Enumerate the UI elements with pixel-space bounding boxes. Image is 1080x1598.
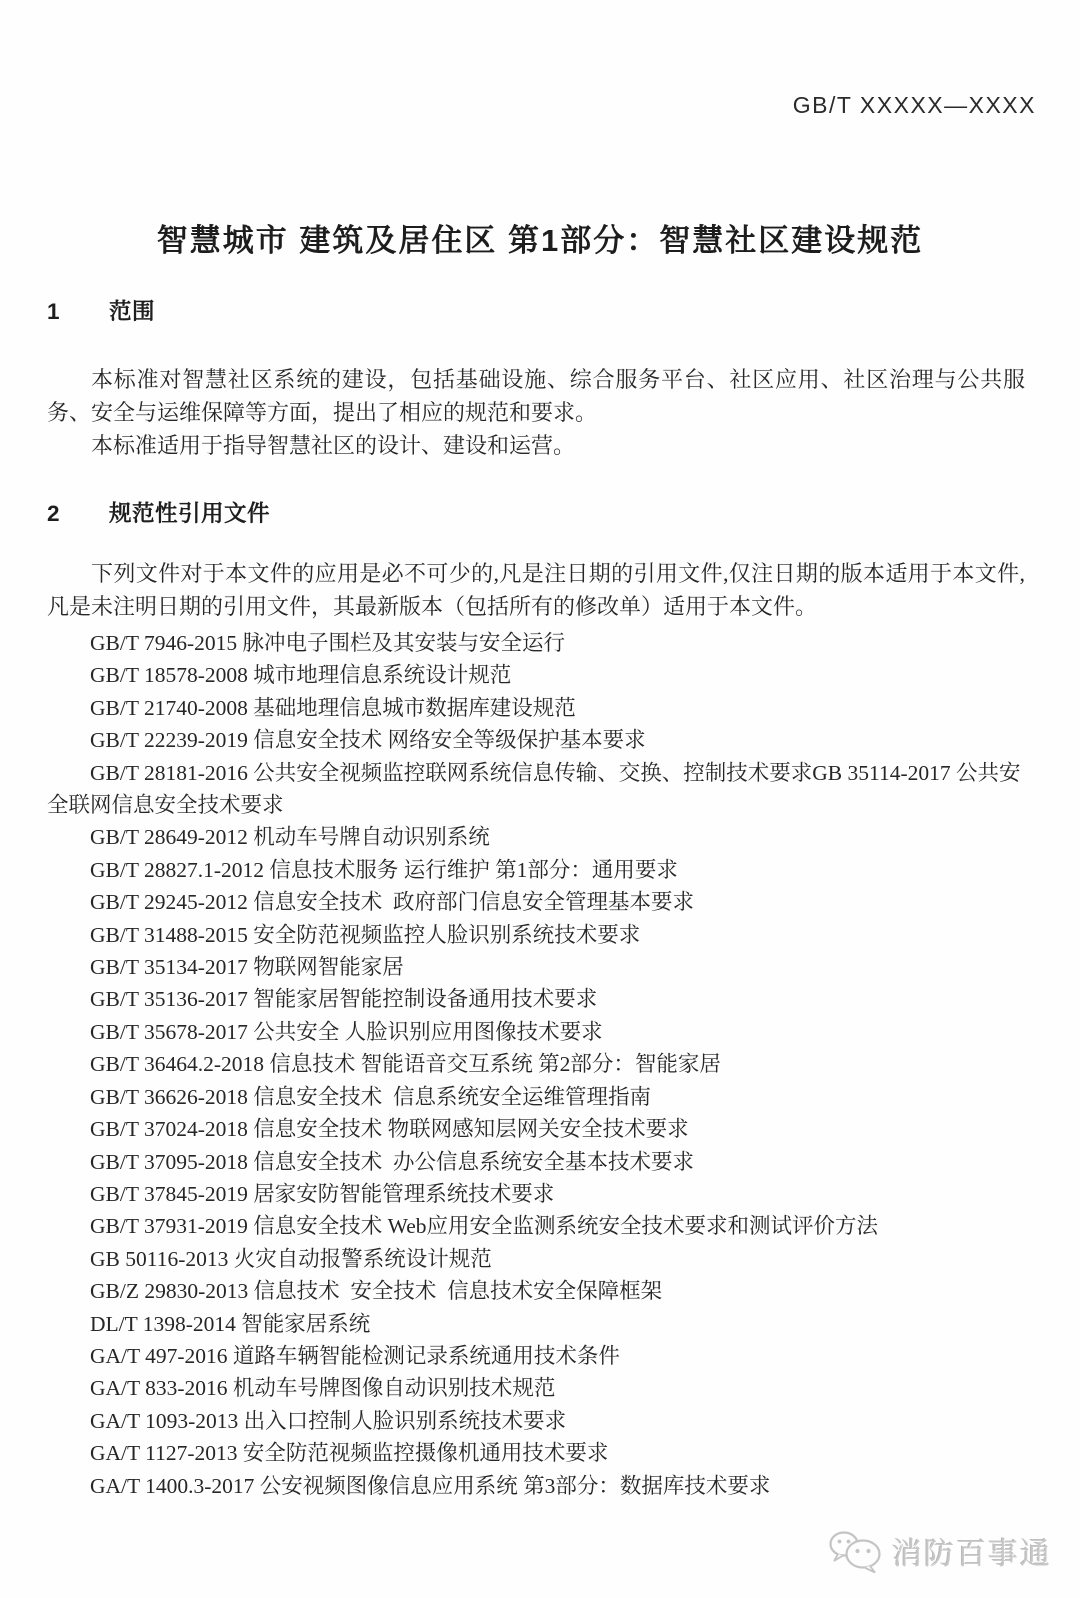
doc-code: GB/T XXXXX—XXXX <box>793 92 1036 119</box>
references-intro: 下列文件对于本文件的应用是必不可少的,凡是注日期的引用文件,仅注日期的版本适用于… <box>47 557 1025 623</box>
scope-paragraph: 本标准适用于指导智慧社区的设计、建设和运营。 <box>47 429 1025 462</box>
reference-item: GB/Z 29830-2013 信息技术 安全技术 信息技术安全保障框架 <box>47 1275 1025 1307</box>
page-title: 智慧城市 建筑及居住区 第1部分：智慧社区建设规范 <box>0 215 1080 260</box>
reference-item: GB/T 22239-2019 信息安全技术 网络安全等级保护基本要求 <box>47 724 1025 756</box>
reference-item: GB/T 7946-2015 脉冲电子围栏及其安装与安全运行 <box>47 627 1025 659</box>
reference-item: GB/T 35136-2017 智能家居智能控制设备通用技术要求 <box>47 983 1025 1015</box>
reference-item: GB/T 28181-2016 公共安全视频监控联网系统信息传输、交换、控制技术… <box>47 757 1025 822</box>
section-1-heading: 1 范围 <box>47 296 1025 327</box>
section-2-title: 规范性引用文件 <box>109 498 270 529</box>
scope-paragraph: 本标准对智慧社区系统的建设，包括基础设施、综合服务平台、社区应用、社区治理与公共… <box>47 363 1025 429</box>
reference-item: GB/T 35134-2017 物联网智能家居 <box>47 951 1025 983</box>
reference-item: GB/T 18578-2008 城市地理信息系统设计规范 <box>47 659 1025 691</box>
reference-item: GB/T 21740-2008 基础地理信息城市数据库建设规范 <box>47 692 1025 724</box>
watermark-label: 消防百事通 <box>892 1529 1052 1573</box>
reference-item: GB/T 35678-2017 公共安全 人脸识别应用图像技术要求 <box>47 1016 1025 1048</box>
reference-item: GB/T 31488-2015 安全防范视频监控人脸识别系统技术要求 <box>47 919 1025 951</box>
section-1-number: 1 <box>47 296 109 327</box>
reference-item: GB/T 37931-2019 信息安全技术 Web应用安全监测系统安全技术要求… <box>47 1210 1025 1242</box>
reference-item: GA/T 1400.3-2017 公安视频图像信息应用系统 第3部分：数据库技术… <box>47 1470 1025 1502</box>
reference-item: GB 50116-2013 火灾自动报警系统设计规范 <box>47 1243 1025 1275</box>
wechat-icon <box>828 1528 884 1574</box>
reference-item: GB/T 29245-2012 信息安全技术 政府部门信息安全管理基本要求 <box>47 886 1025 918</box>
reference-item: GB/T 37095-2018 信息安全技术 办公信息系统安全基本技术要求 <box>47 1146 1025 1178</box>
section-1-title: 范围 <box>109 296 155 327</box>
section-1-paragraphs: 本标准对智慧社区系统的建设，包括基础设施、综合服务平台、社区应用、社区治理与公共… <box>47 363 1025 462</box>
section-2-number: 2 <box>47 498 109 529</box>
reference-item: GB/T 36626-2018 信息安全技术 信息系统安全运维管理指南 <box>47 1081 1025 1113</box>
references-list: GB/T 7946-2015 脉冲电子围栏及其安装与安全运行 GB/T 1857… <box>47 627 1025 1502</box>
reference-item: GA/T 1127-2013 安全防范视频监控摄像机通用技术要求 <box>47 1437 1025 1469</box>
reference-item: GA/T 1093-2013 出入口控制人脸识别系统技术要求 <box>47 1405 1025 1437</box>
reference-item: GB/T 37024-2018 信息安全技术 物联网感知层网关安全技术要求 <box>47 1113 1025 1145</box>
reference-item: GB/T 28827.1-2012 信息技术服务 运行维护 第1部分：通用要求 <box>47 854 1025 886</box>
document-body: 1 范围 本标准对智慧社区系统的建设，包括基础设施、综合服务平台、社区应用、社区… <box>47 296 1025 1502</box>
reference-item: GB/T 36464.2-2018 信息技术 智能语音交互系统 第2部分：智能家… <box>47 1048 1025 1080</box>
section-2-heading: 2 规范性引用文件 <box>47 498 1025 529</box>
reference-item: GB/T 28649-2012 机动车号牌自动识别系统 <box>47 821 1025 853</box>
watermark: 消防百事通 <box>828 1528 1052 1574</box>
reference-item: GA/T 833-2016 机动车号牌图像自动识别技术规范 <box>47 1372 1025 1404</box>
reference-item: GB/T 37845-2019 居家安防智能管理系统技术要求 <box>47 1178 1025 1210</box>
reference-item: GA/T 497-2016 道路车辆智能检测记录系统通用技术条件 <box>47 1340 1025 1372</box>
document-page: GB/T XXXXX—XXXX 智慧城市 建筑及居住区 第1部分：智慧社区建设规… <box>0 0 1080 1598</box>
reference-item: DL/T 1398-2014 智能家居系统 <box>47 1308 1025 1340</box>
